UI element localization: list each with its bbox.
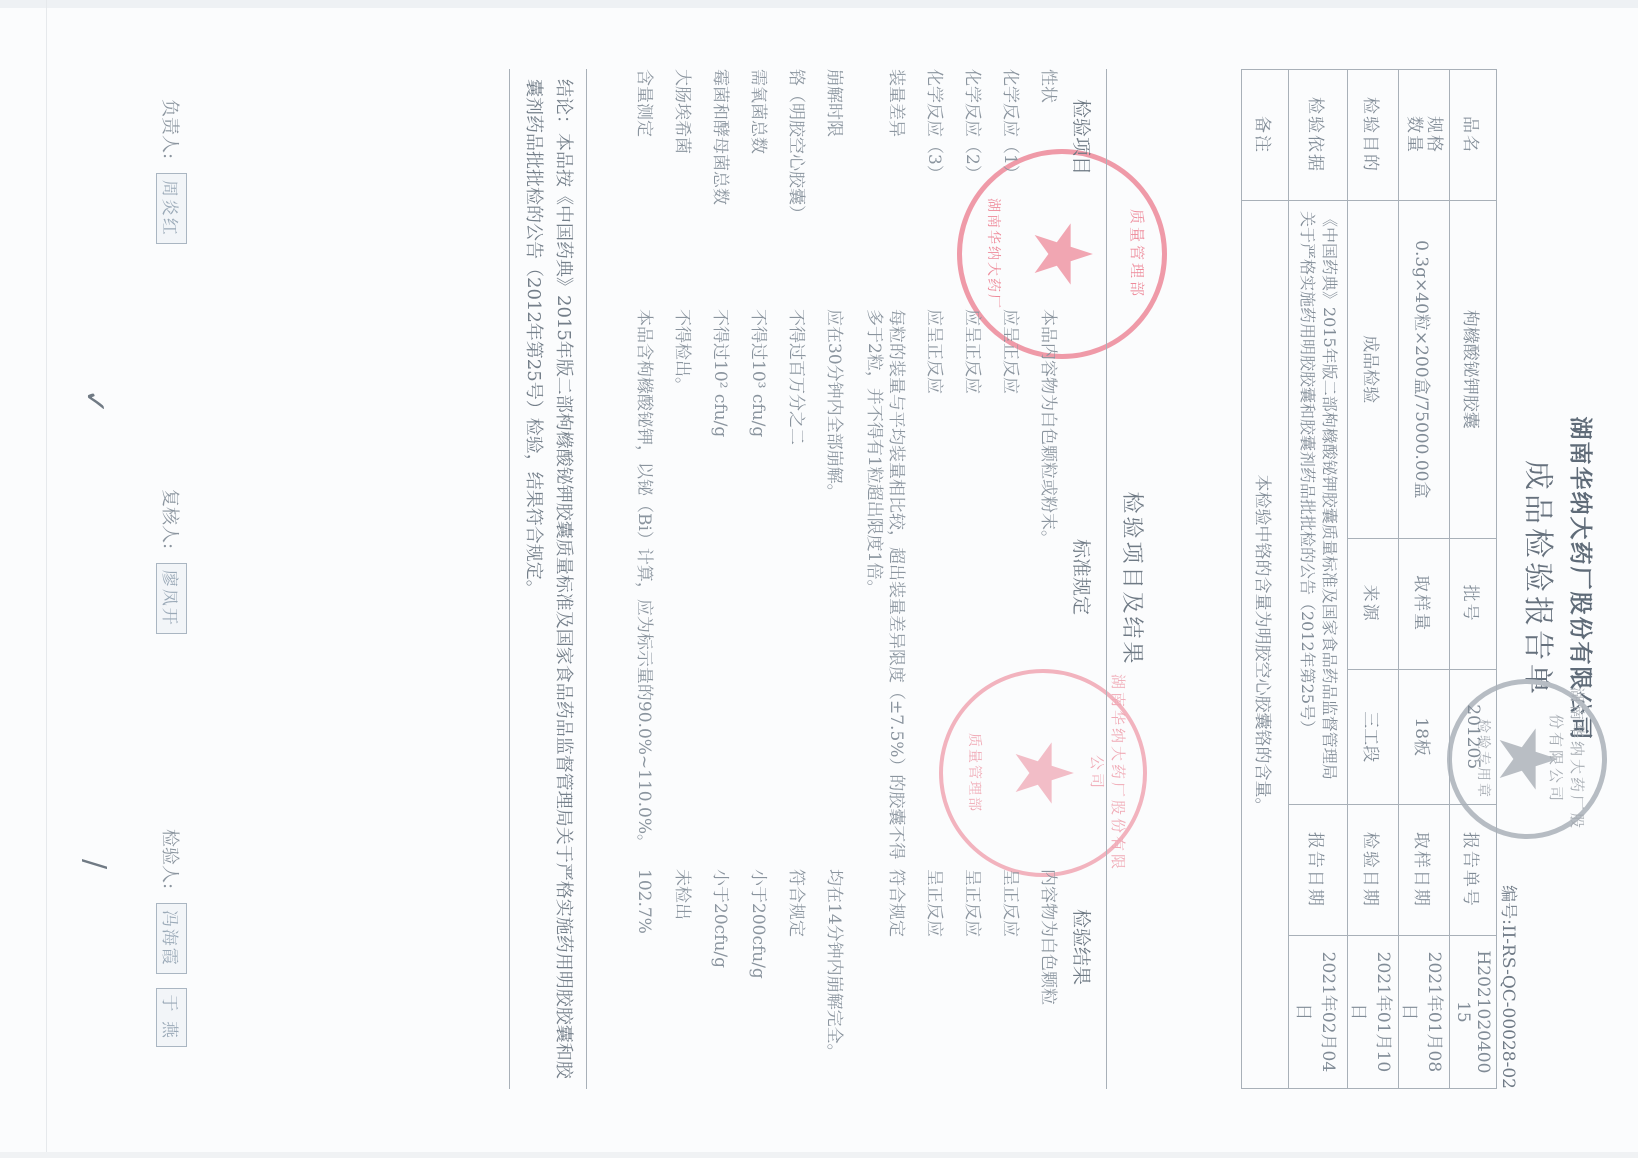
label-spec-quantity: 规格 数量 [1399, 70, 1450, 201]
report-title: 成品检验报告单 [1519, 29, 1563, 1129]
label-quantity: 数量 [1404, 80, 1424, 190]
item-standard: 不得过10² cfu/g [709, 309, 731, 869]
item-row: 霉菌和酵母菌总数不得过10² cfu/g小于20cfu/g [693, 69, 731, 1089]
item-standard: 应呈正反应 [999, 309, 1021, 869]
label-sample-date: 取样日期 [1399, 804, 1450, 935]
inspector-stamp-2: 于 燕 [156, 988, 187, 1047]
item-row: 含量测定本品含枸橼酸铋钾，以铋（Bi）计算，应为标示量的90.0%~110.0%… [593, 69, 655, 1089]
item-name: 铬（明胶空心胶囊） [785, 69, 807, 309]
inspection-report-page: 湖南华纳大药厂股份有限公司 成品检验报告单 编号:II-RS-QC-00028-… [67, 29, 1607, 1129]
item-name: 含量测定 [633, 69, 655, 309]
item-result: 符合规定 [885, 869, 907, 1089]
item-row: 化学反应（2）应呈正反应呈正反应 [945, 69, 983, 1089]
item-standard: 应呈正反应 [961, 309, 983, 869]
item-row: 性状本品内容物为白色颗粒或粉末。内容物为白色颗粒 [1021, 69, 1059, 1089]
item-result: 小于200cfu/g [747, 869, 769, 1089]
item-standard: 每粒的装量与平均装量相比较，超出装量差异限度（±7.5%）的胶囊不得多于2粒，并… [863, 309, 907, 869]
item-name: 性状 [1037, 69, 1059, 309]
item-name: 化学反应（3） [923, 69, 945, 309]
item-row: 崩解时限应在30分钟内全部崩解。均在14分钟内崩解完全。 [807, 69, 845, 1089]
item-row: 化学反应（3）应呈正反应呈正反应 [907, 69, 945, 1089]
responsible-signature: 负责人: 周炎红 [156, 99, 187, 244]
value-remarks: 本检验中铬的含量为明胶空心胶囊铬的含量。 [1242, 201, 1289, 1089]
value-batch: 201205 [1450, 669, 1497, 804]
label-source: 来源 [1348, 538, 1399, 669]
company-name: 湖南华纳大药厂股份有限公司 [1566, 29, 1599, 1129]
label-basis: 检验依据 [1289, 70, 1348, 201]
item-result: 呈正反应 [923, 869, 945, 1089]
value-basis: 《中国药典》2015年版二部枸橼酸铋钾胶囊质量标准及国家食品药品监督管理局关于严… [1289, 201, 1348, 805]
item-result: 未检出 [671, 869, 693, 1089]
label-test-date: 检验日期 [1348, 804, 1399, 935]
item-result: 均在14分钟内崩解完全。 [823, 869, 845, 1089]
document-code: 编号:II-RS-QC-00028-02 [1498, 885, 1523, 1089]
item-name: 崩解时限 [823, 69, 845, 309]
scan-edge-bottom [0, 1152, 1638, 1158]
item-name: 霉菌和酵母菌总数 [709, 69, 731, 309]
item-standard: 应呈正反应 [923, 309, 945, 869]
item-result: 呈正反应 [999, 869, 1021, 1089]
label-remarks: 备注 [1242, 70, 1289, 201]
item-name: 需氧菌总数 [747, 69, 769, 309]
reviewer-signature: 复核人: 廖凤开 [156, 489, 187, 634]
items-header: 检验项目 标准规定 检验结果 [1066, 69, 1107, 1089]
report-info-table: 品名 枸橼酸铋钾胶囊 批号 201205 报告单号 H2021020400 15… [1241, 69, 1497, 1089]
label-purpose: 检验目的 [1348, 70, 1399, 201]
item-row: 需氧菌总数不得过10³ cfu/g小于200cfu/g [731, 69, 769, 1089]
value-sample-qty: 18板 [1399, 669, 1450, 804]
item-standard: 不得过10³ cfu/g [747, 309, 769, 869]
item-result: 呈正反应 [961, 869, 983, 1089]
item-row: 装量差异每粒的装量与平均装量相比较，超出装量差异限度（±7.5%）的胶囊不得多于… [845, 69, 907, 1089]
handwritten-check-mark: ✓ [77, 389, 112, 414]
item-row: 铬（明胶空心胶囊）不得过百万分之二符合规定 [769, 69, 807, 1089]
inspector-label: 检验人: [159, 829, 180, 889]
item-row: 化学反应（1）应呈正反应呈正反应 [983, 69, 1021, 1089]
value-report-no: H2021020400 15 [1450, 935, 1497, 1088]
item-row: 大肠埃希菌不得检出。未检出 [655, 69, 693, 1089]
inspector-signature: 检验人: 冯海霞 于 燕 [156, 829, 187, 1047]
scan-edge-top [0, 0, 1638, 8]
item-standard: 不得检出。 [671, 309, 693, 869]
value-source: 三工段 [1348, 669, 1399, 804]
reviewer-stamp: 廖凤开 [156, 563, 187, 634]
item-name: 大肠埃希菌 [671, 69, 693, 309]
column-header-result: 检验结果 [1069, 909, 1096, 985]
label-product-name: 品名 [1450, 70, 1497, 201]
item-result: 小于20cfu/g [709, 869, 731, 1089]
column-header-standard: 标准规定 [1069, 539, 1096, 615]
item-name: 装量差异 [885, 69, 907, 309]
label-sample-qty: 取样量 [1399, 538, 1450, 669]
value-test-date: 2021年01月10日 [1348, 935, 1399, 1088]
column-header-item: 检验项目 [1069, 99, 1096, 175]
value-report-date: 2021年02月04日 [1289, 935, 1348, 1088]
item-standard: 不得过百万分之二 [785, 309, 807, 869]
item-result: 符合规定 [785, 869, 807, 1089]
item-standard: 应在30分钟内全部崩解。 [823, 309, 845, 869]
section-title: 检验项目及结果 [1118, 69, 1149, 1089]
item-name: 化学反应（1） [999, 69, 1021, 309]
item-result: 内容物为白色颗粒 [1037, 869, 1059, 1089]
value-purpose: 成品检验 [1348, 201, 1399, 539]
label-spec: 规格 [1424, 80, 1444, 190]
scan-edge-left [46, 0, 47, 1158]
conclusion: 结论：本品按《中国药典》2015年版二部枸橼酸铋钾胶囊质量标准及国家食品药品监督… [509, 69, 587, 1089]
value-product-name: 枸橼酸铋钾胶囊 [1450, 201, 1497, 539]
inspector-stamp: 冯海霞 [156, 903, 187, 974]
label-batch: 批号 [1450, 538, 1497, 669]
item-name: 化学反应（2） [961, 69, 983, 309]
responsible-label: 负责人: [159, 99, 180, 159]
value-sample-date: 2021年01月08日 [1399, 935, 1450, 1088]
inspection-items: 性状本品内容物为白色颗粒或粉末。内容物为白色颗粒化学反应（1）应呈正反应呈正反应… [593, 69, 1059, 1089]
item-standard: 本品含枸橼酸铋钾，以铋（Bi）计算，应为标示量的90.0%~110.0%。 [633, 309, 655, 869]
value-spec-quantity: 0.3g×40粒×200盒/75000.00盒 [1399, 201, 1450, 539]
item-standard: 本品内容物为白色颗粒或粉末。 [1037, 309, 1059, 869]
item-result: 102.7% [633, 869, 655, 1089]
responsible-stamp: 周炎红 [156, 173, 187, 244]
reviewer-label: 复核人: [159, 489, 180, 549]
label-report-no: 报告单号 [1450, 804, 1497, 935]
label-report-date: 报告日期 [1289, 804, 1348, 935]
star-icon: ★ [1487, 723, 1567, 795]
handwritten-stroke: / [77, 859, 112, 869]
